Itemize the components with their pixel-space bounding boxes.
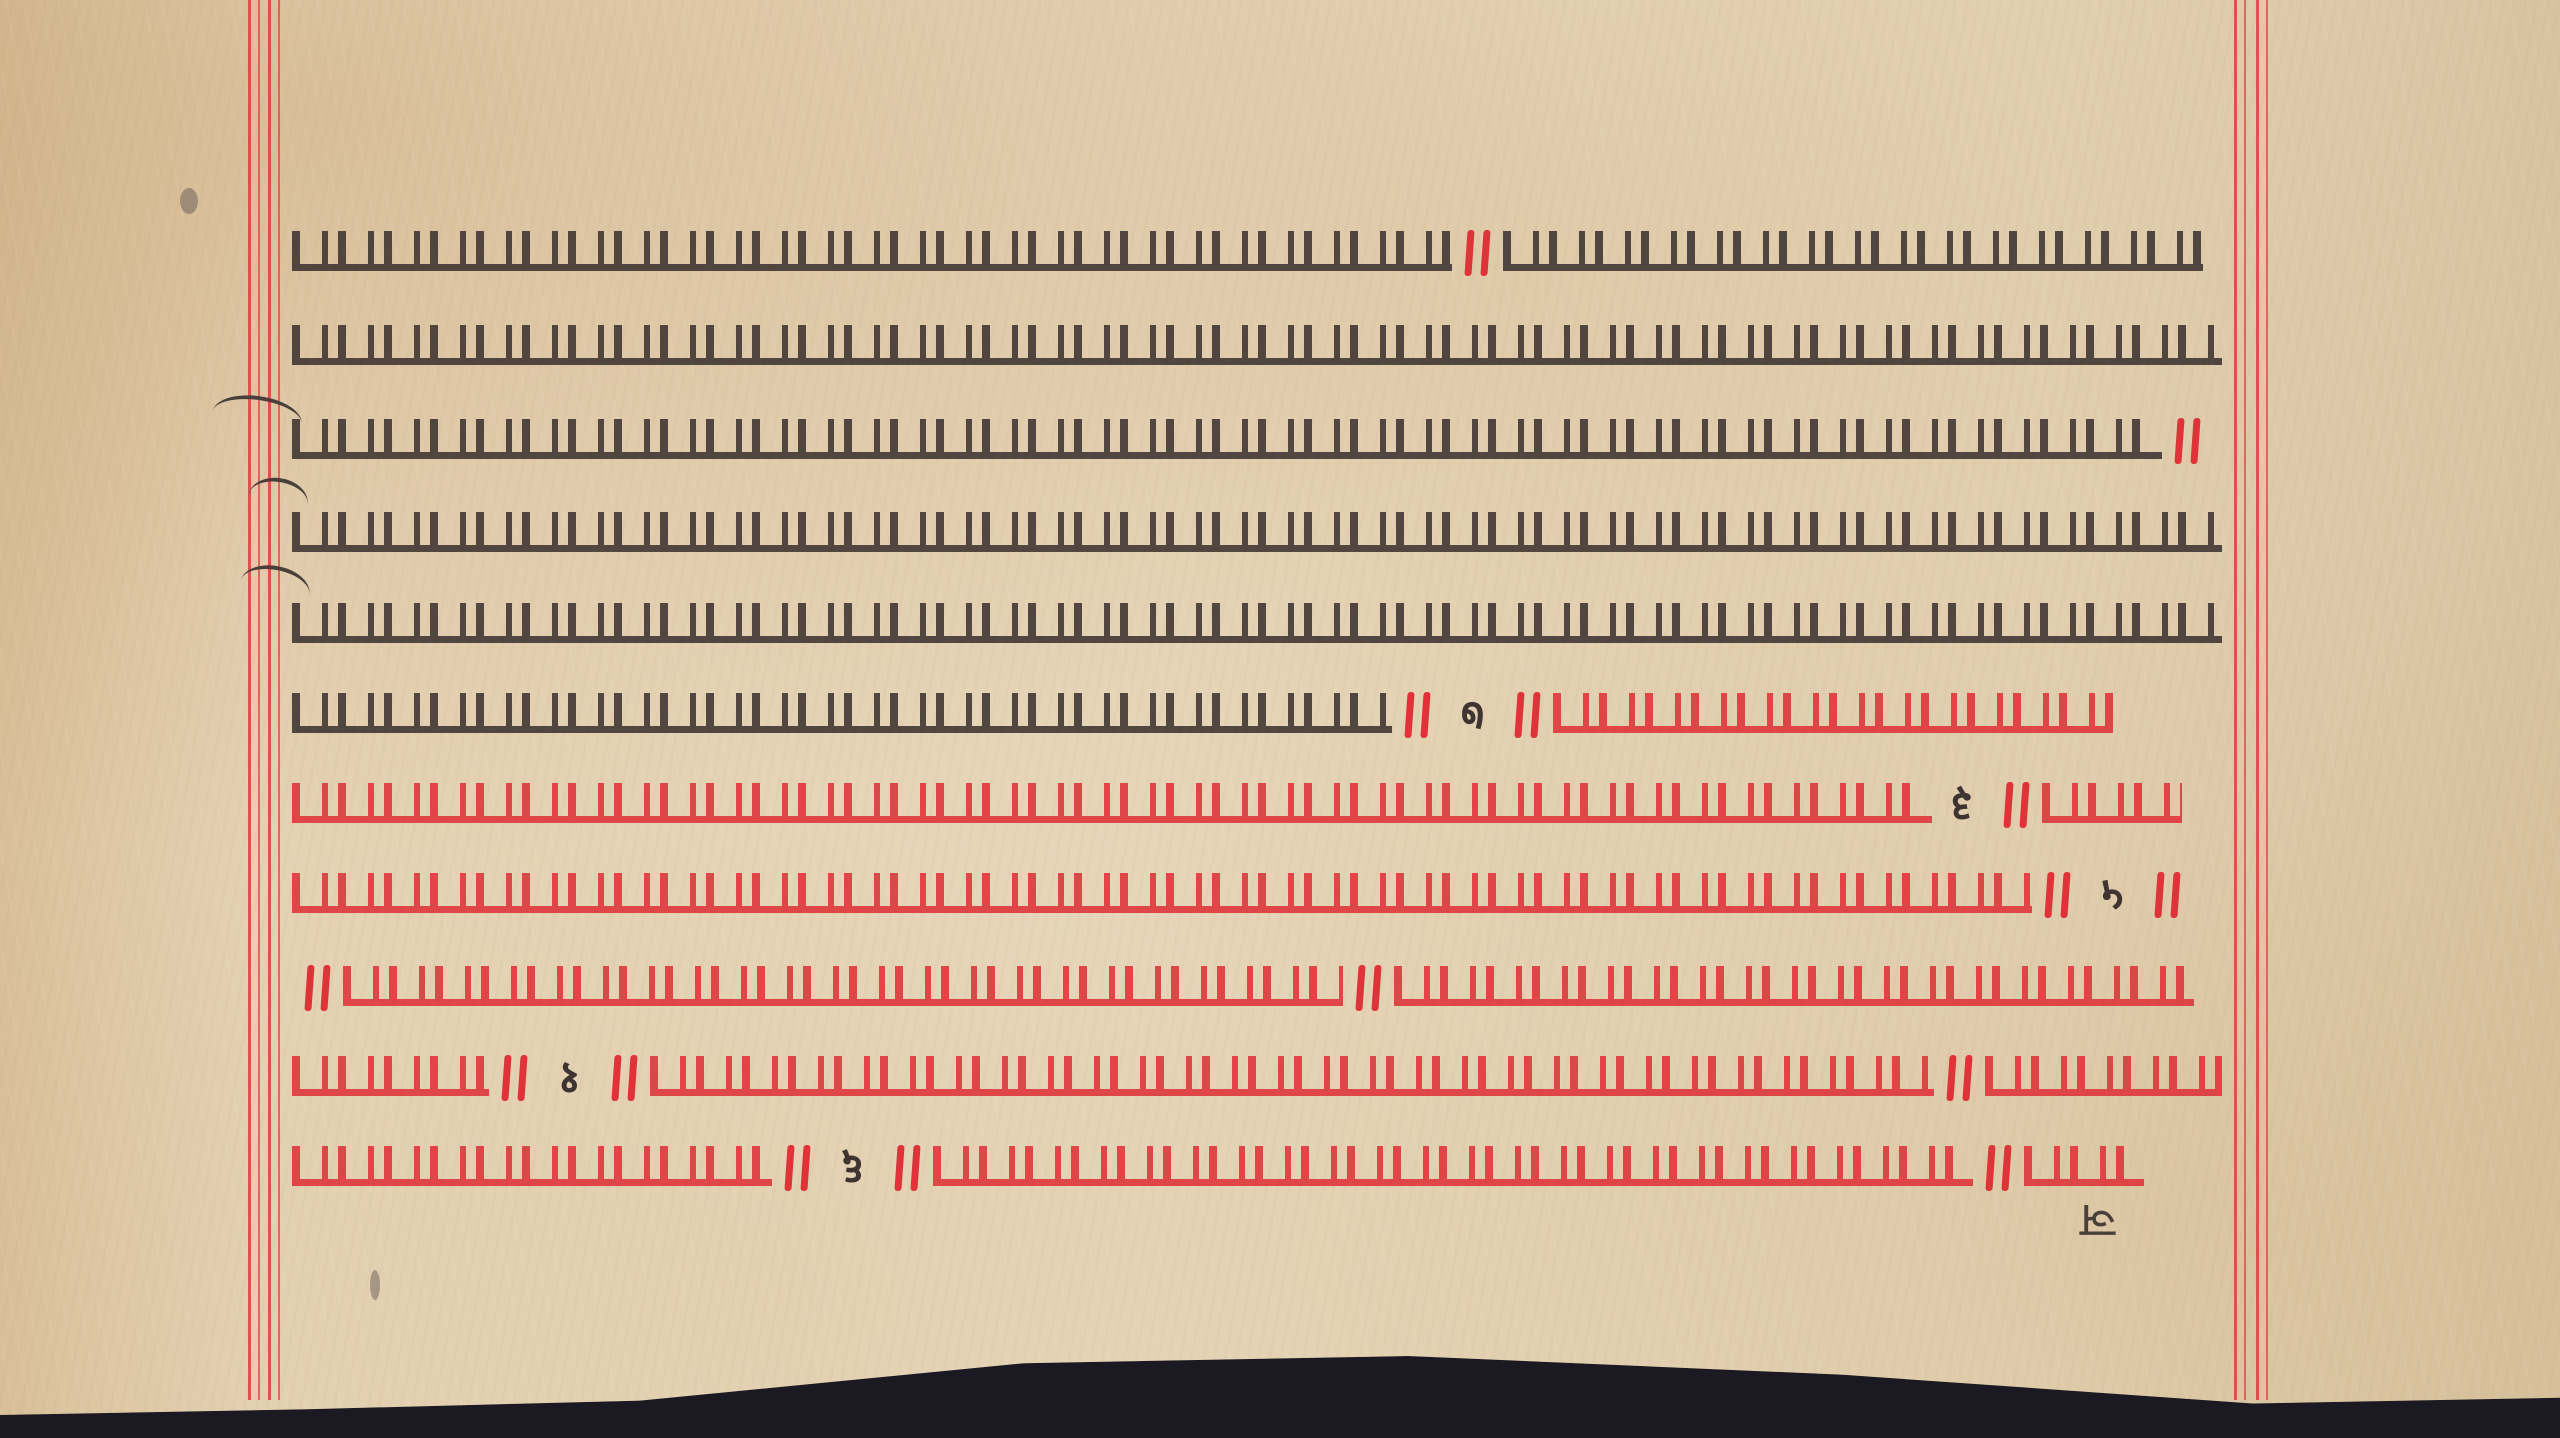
rubric-text [1394, 962, 2194, 1014]
double-danda [2176, 415, 2199, 467]
body-text [292, 415, 2162, 467]
double-danda [786, 1142, 809, 1194]
rubric-text [292, 779, 1932, 831]
body-text [292, 508, 2222, 560]
double-danda [1466, 227, 1489, 279]
double-danda [2046, 869, 2069, 921]
verse-number: ७ [1461, 689, 1484, 741]
manuscript-line: ५ [292, 864, 2222, 926]
double-danda [1357, 962, 1380, 1014]
manuscript-line [292, 503, 2222, 565]
rubric-text [292, 1052, 489, 1104]
manuscript-line [292, 410, 2222, 472]
ruling-line [2244, 0, 2246, 1400]
ruling-line [268, 0, 271, 1400]
double-danda [2005, 779, 2028, 831]
manuscript-line [292, 222, 2222, 284]
rubric-text [2024, 1142, 2144, 1194]
double-danda [306, 962, 329, 1014]
double-danda [1987, 1142, 2010, 1194]
body-text [292, 227, 1452, 279]
double-danda [896, 1142, 919, 1194]
ruling-line [248, 0, 251, 1400]
manuscript-line: ३ [292, 774, 2222, 836]
manuscript-line: ६ [292, 1137, 2222, 1199]
ruling-line [278, 0, 280, 1400]
ruling-line [258, 0, 260, 1400]
double-danda [1406, 689, 1429, 741]
double-danda [503, 1052, 526, 1104]
rubric-text [1553, 689, 2113, 741]
manuscript-line [292, 594, 2222, 656]
manuscript-line [292, 957, 2222, 1019]
verse-number: ३ [1950, 779, 1973, 831]
rubric-text [292, 869, 2032, 921]
ruling-line [2266, 0, 2268, 1400]
double-danda [2156, 869, 2179, 921]
double-danda [613, 1052, 636, 1104]
double-danda [1516, 689, 1539, 741]
folio-mark-bottom-right: ञ [2080, 1190, 2116, 1255]
rubric-text [292, 1142, 772, 1194]
rubric-text [650, 1052, 1934, 1104]
verse-number: १ [558, 1052, 581, 1104]
body-text [292, 689, 1392, 741]
verse-number: ६ [841, 1142, 864, 1194]
double-danda [1948, 1052, 1971, 1104]
body-text [1503, 227, 2203, 279]
rubric-text [1985, 1052, 2222, 1104]
ink-spot [180, 188, 198, 214]
ruling-line [2256, 0, 2259, 1400]
rubric-text [2042, 779, 2182, 831]
manuscript-line [292, 316, 2222, 378]
verse-number: ५ [2101, 869, 2124, 921]
manuscript-line: ७ [292, 684, 2222, 746]
rubric-text [933, 1142, 1973, 1194]
body-text [292, 599, 2222, 651]
body-text [292, 321, 2222, 373]
ink-spot [370, 1270, 380, 1300]
rubric-text [343, 962, 1343, 1014]
ruling-line [2234, 0, 2237, 1400]
manuscript-line: १ [292, 1047, 2222, 1109]
